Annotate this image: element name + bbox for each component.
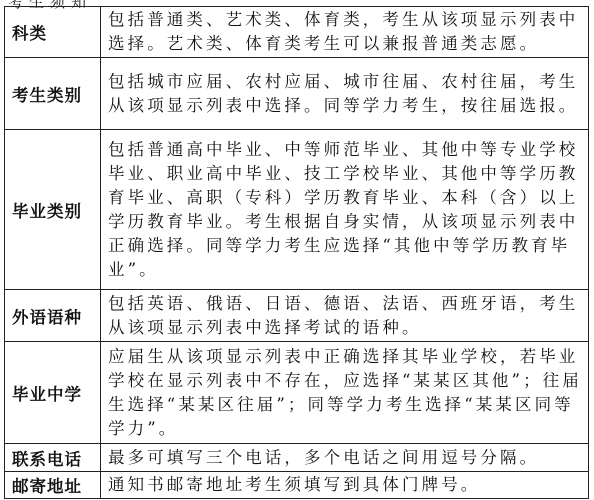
table-row: 邮寄地址通知书邮寄地址考生须填写到具体门牌号。 — [5, 472, 589, 499]
field-description-cell: 包括英语、俄语、日语、德语、法语、西班牙语，考生从该项显示列表中选择考试的语种。 — [101, 290, 589, 342]
field-name-cell: 考生类别 — [5, 58, 101, 130]
field-description-cell: 包括普通高中毕业、中等师范毕业、其他中等专业学校毕业、职业高中毕业、技工学校毕业… — [101, 130, 589, 290]
table-row: 科类包括普通类、艺术类、体育类，考生从该项显示列表中选择。艺术类、体育类考生可以… — [5, 7, 589, 58]
field-name-cell: 邮寄地址 — [5, 472, 101, 499]
table-row: 毕业类别包括普通高中毕业、中等师范毕业、其他中等专业学校毕业、职业高中毕业、技工… — [5, 130, 589, 290]
field-description-cell: 包括普通类、艺术类、体育类，考生从该项显示列表中选择。艺术类、体育类考生可以兼报… — [101, 7, 589, 58]
table-row: 外语语种包括英语、俄语、日语、德语、法语、西班牙语，考生从该项显示列表中选择考试… — [5, 290, 589, 342]
field-description-cell: 应届生从该项显示列表中正确选择其毕业学校，若毕业学校在显示列表中不存在，应选择“… — [101, 342, 589, 444]
field-description-cell: 包括城市应届、农村应届、城市往届、农村往届，考生从该项显示列表中选择。同等学力考… — [101, 58, 589, 130]
field-instructions-table: 科类包括普通类、艺术类、体育类，考生从该项显示列表中选择。艺术类、体育类考生可以… — [4, 6, 589, 499]
field-name-cell: 联系电话 — [5, 444, 101, 472]
table-row: 考生类别包括城市应届、农村应届、城市往届、农村往届，考生从该项显示列表中选择。同… — [5, 58, 589, 130]
table-row: 联系电话最多可填写三个电话，多个电话之间用逗号分隔。 — [5, 444, 589, 472]
field-name-cell: 外语语种 — [5, 290, 101, 342]
field-name-cell: 科类 — [5, 7, 101, 58]
table-row: 毕业中学应届生从该项显示列表中正确选择其毕业学校，若毕业学校在显示列表中不存在，… — [5, 342, 589, 444]
field-name-cell: 毕业类别 — [5, 130, 101, 290]
field-description-cell: 最多可填写三个电话，多个电话之间用逗号分隔。 — [101, 444, 589, 472]
field-name-cell: 毕业中学 — [5, 342, 101, 444]
field-description-cell: 通知书邮寄地址考生须填写到具体门牌号。 — [101, 472, 589, 499]
